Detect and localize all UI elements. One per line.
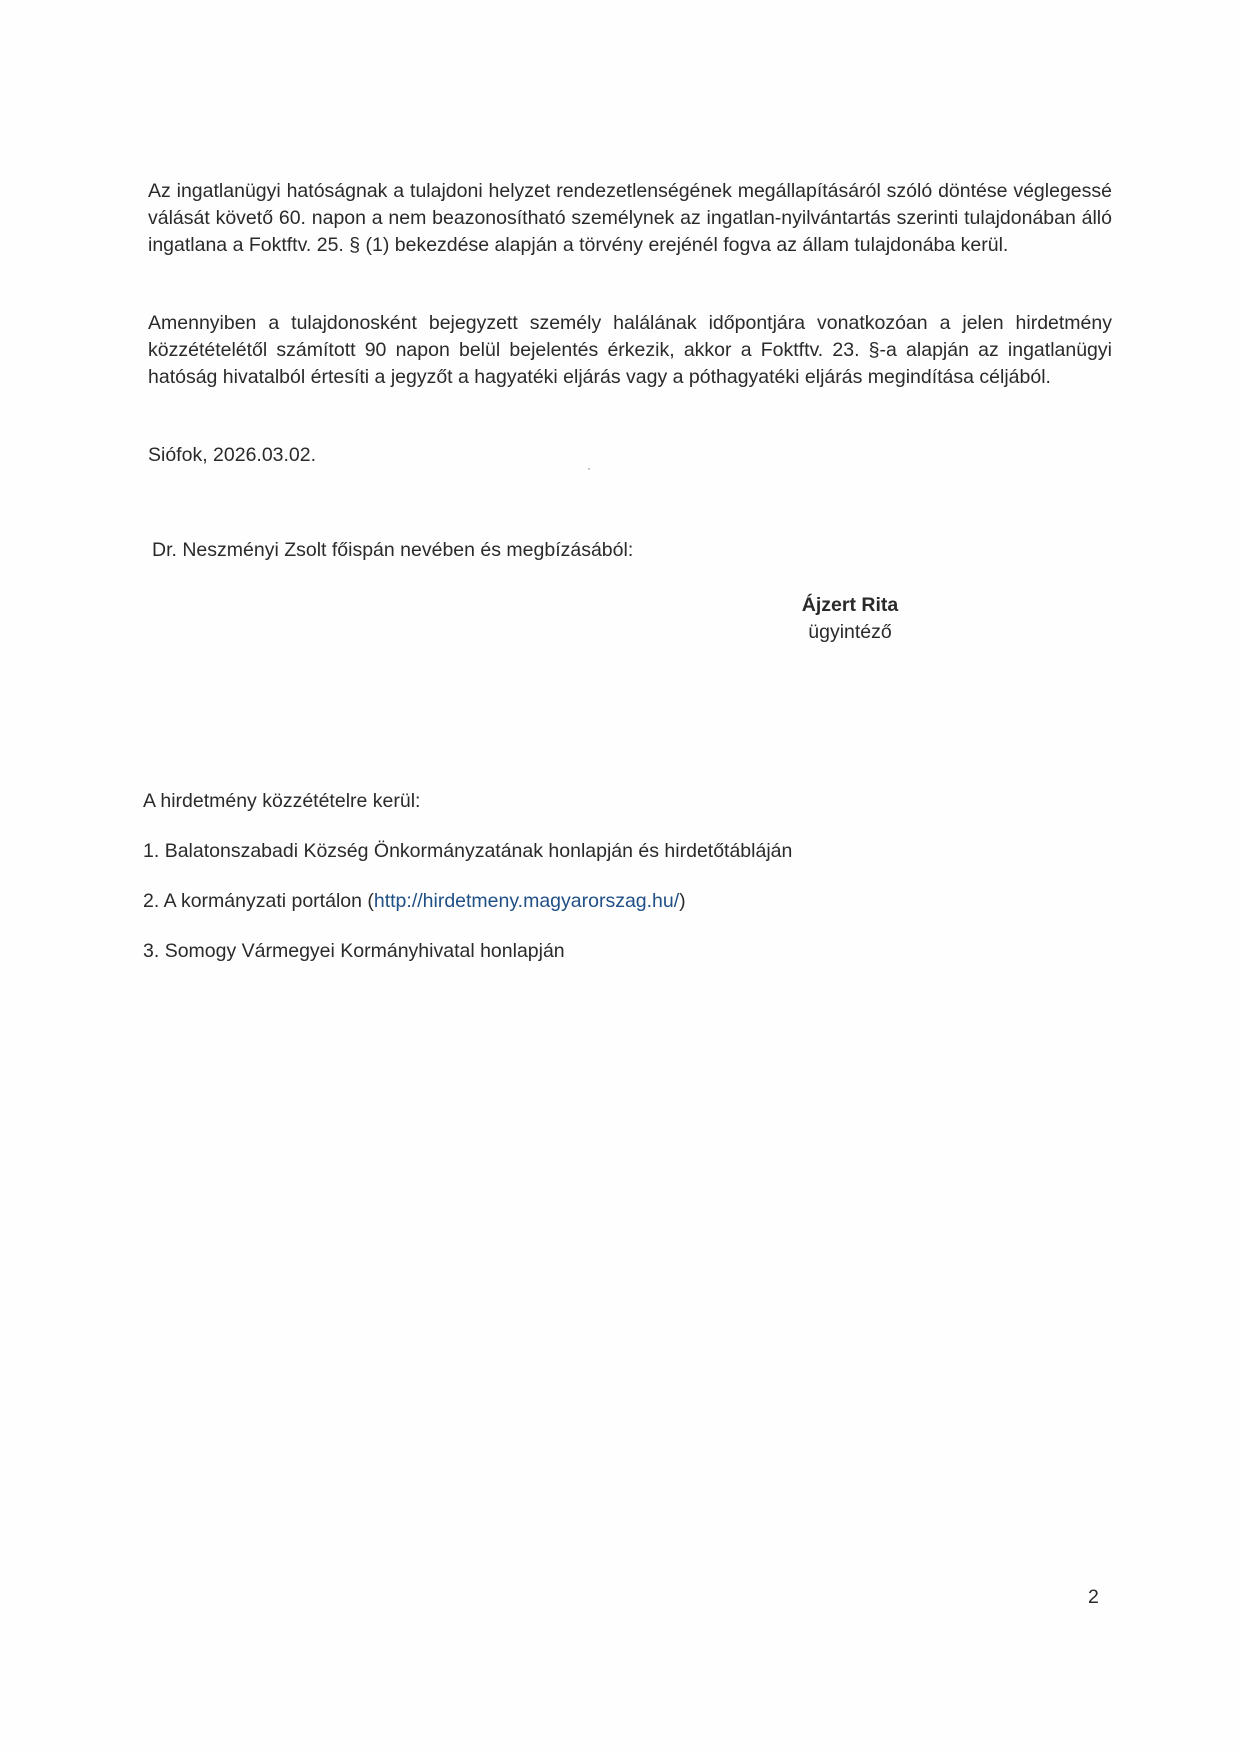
portal-link[interactable]: http://hirdetmeny.magyarorszag.hu/ xyxy=(374,890,679,912)
signatory-name: Ájzert Rita xyxy=(790,592,910,619)
publication-item-text: Balatonszabadi Község Önkormányzatának h… xyxy=(165,840,793,862)
publication-item-text-end: ) xyxy=(679,890,686,912)
publication-item-number: 3. xyxy=(143,940,159,962)
place-and-date: Siófok, 2026.03.02. xyxy=(148,442,316,469)
publication-list: 1. Balatonszabadi Község Önkormányzatána… xyxy=(143,838,792,988)
publication-item-number: 1. xyxy=(143,840,159,862)
page-number: 2 xyxy=(1088,1584,1099,1611)
document-page: Az ingatlanügyi hatóságnak a tulajdoni h… xyxy=(0,0,1240,1753)
publication-item: 3. Somogy Vármegyei Kormányhivatal honla… xyxy=(143,938,792,965)
publication-item: 2. A kormányzati portálon (http://hirdet… xyxy=(143,888,792,915)
on-behalf-statement: Dr. Neszményi Zsolt főispán nevében és m… xyxy=(152,537,633,564)
scan-speck xyxy=(588,468,590,470)
publication-item-text: A kormányzati portálon ( xyxy=(164,890,374,912)
signature-block: Ájzert Rita ügyintéző xyxy=(790,592,910,646)
publication-item-number: 2. xyxy=(143,890,159,912)
publication-heading: A hirdetmény közzétételre kerül: xyxy=(143,788,420,815)
signatory-role: ügyintéző xyxy=(790,619,910,646)
publication-item-text: Somogy Vármegyei Kormányhivatal honlapjá… xyxy=(165,940,565,962)
paragraph-state-ownership: Az ingatlanügyi hatóságnak a tulajdoni h… xyxy=(148,178,1112,259)
publication-item: 1. Balatonszabadi Község Önkormányzatána… xyxy=(143,838,792,865)
paragraph-probate-notice: Amennyiben a tulajdonosként bejegyzett s… xyxy=(148,310,1112,391)
